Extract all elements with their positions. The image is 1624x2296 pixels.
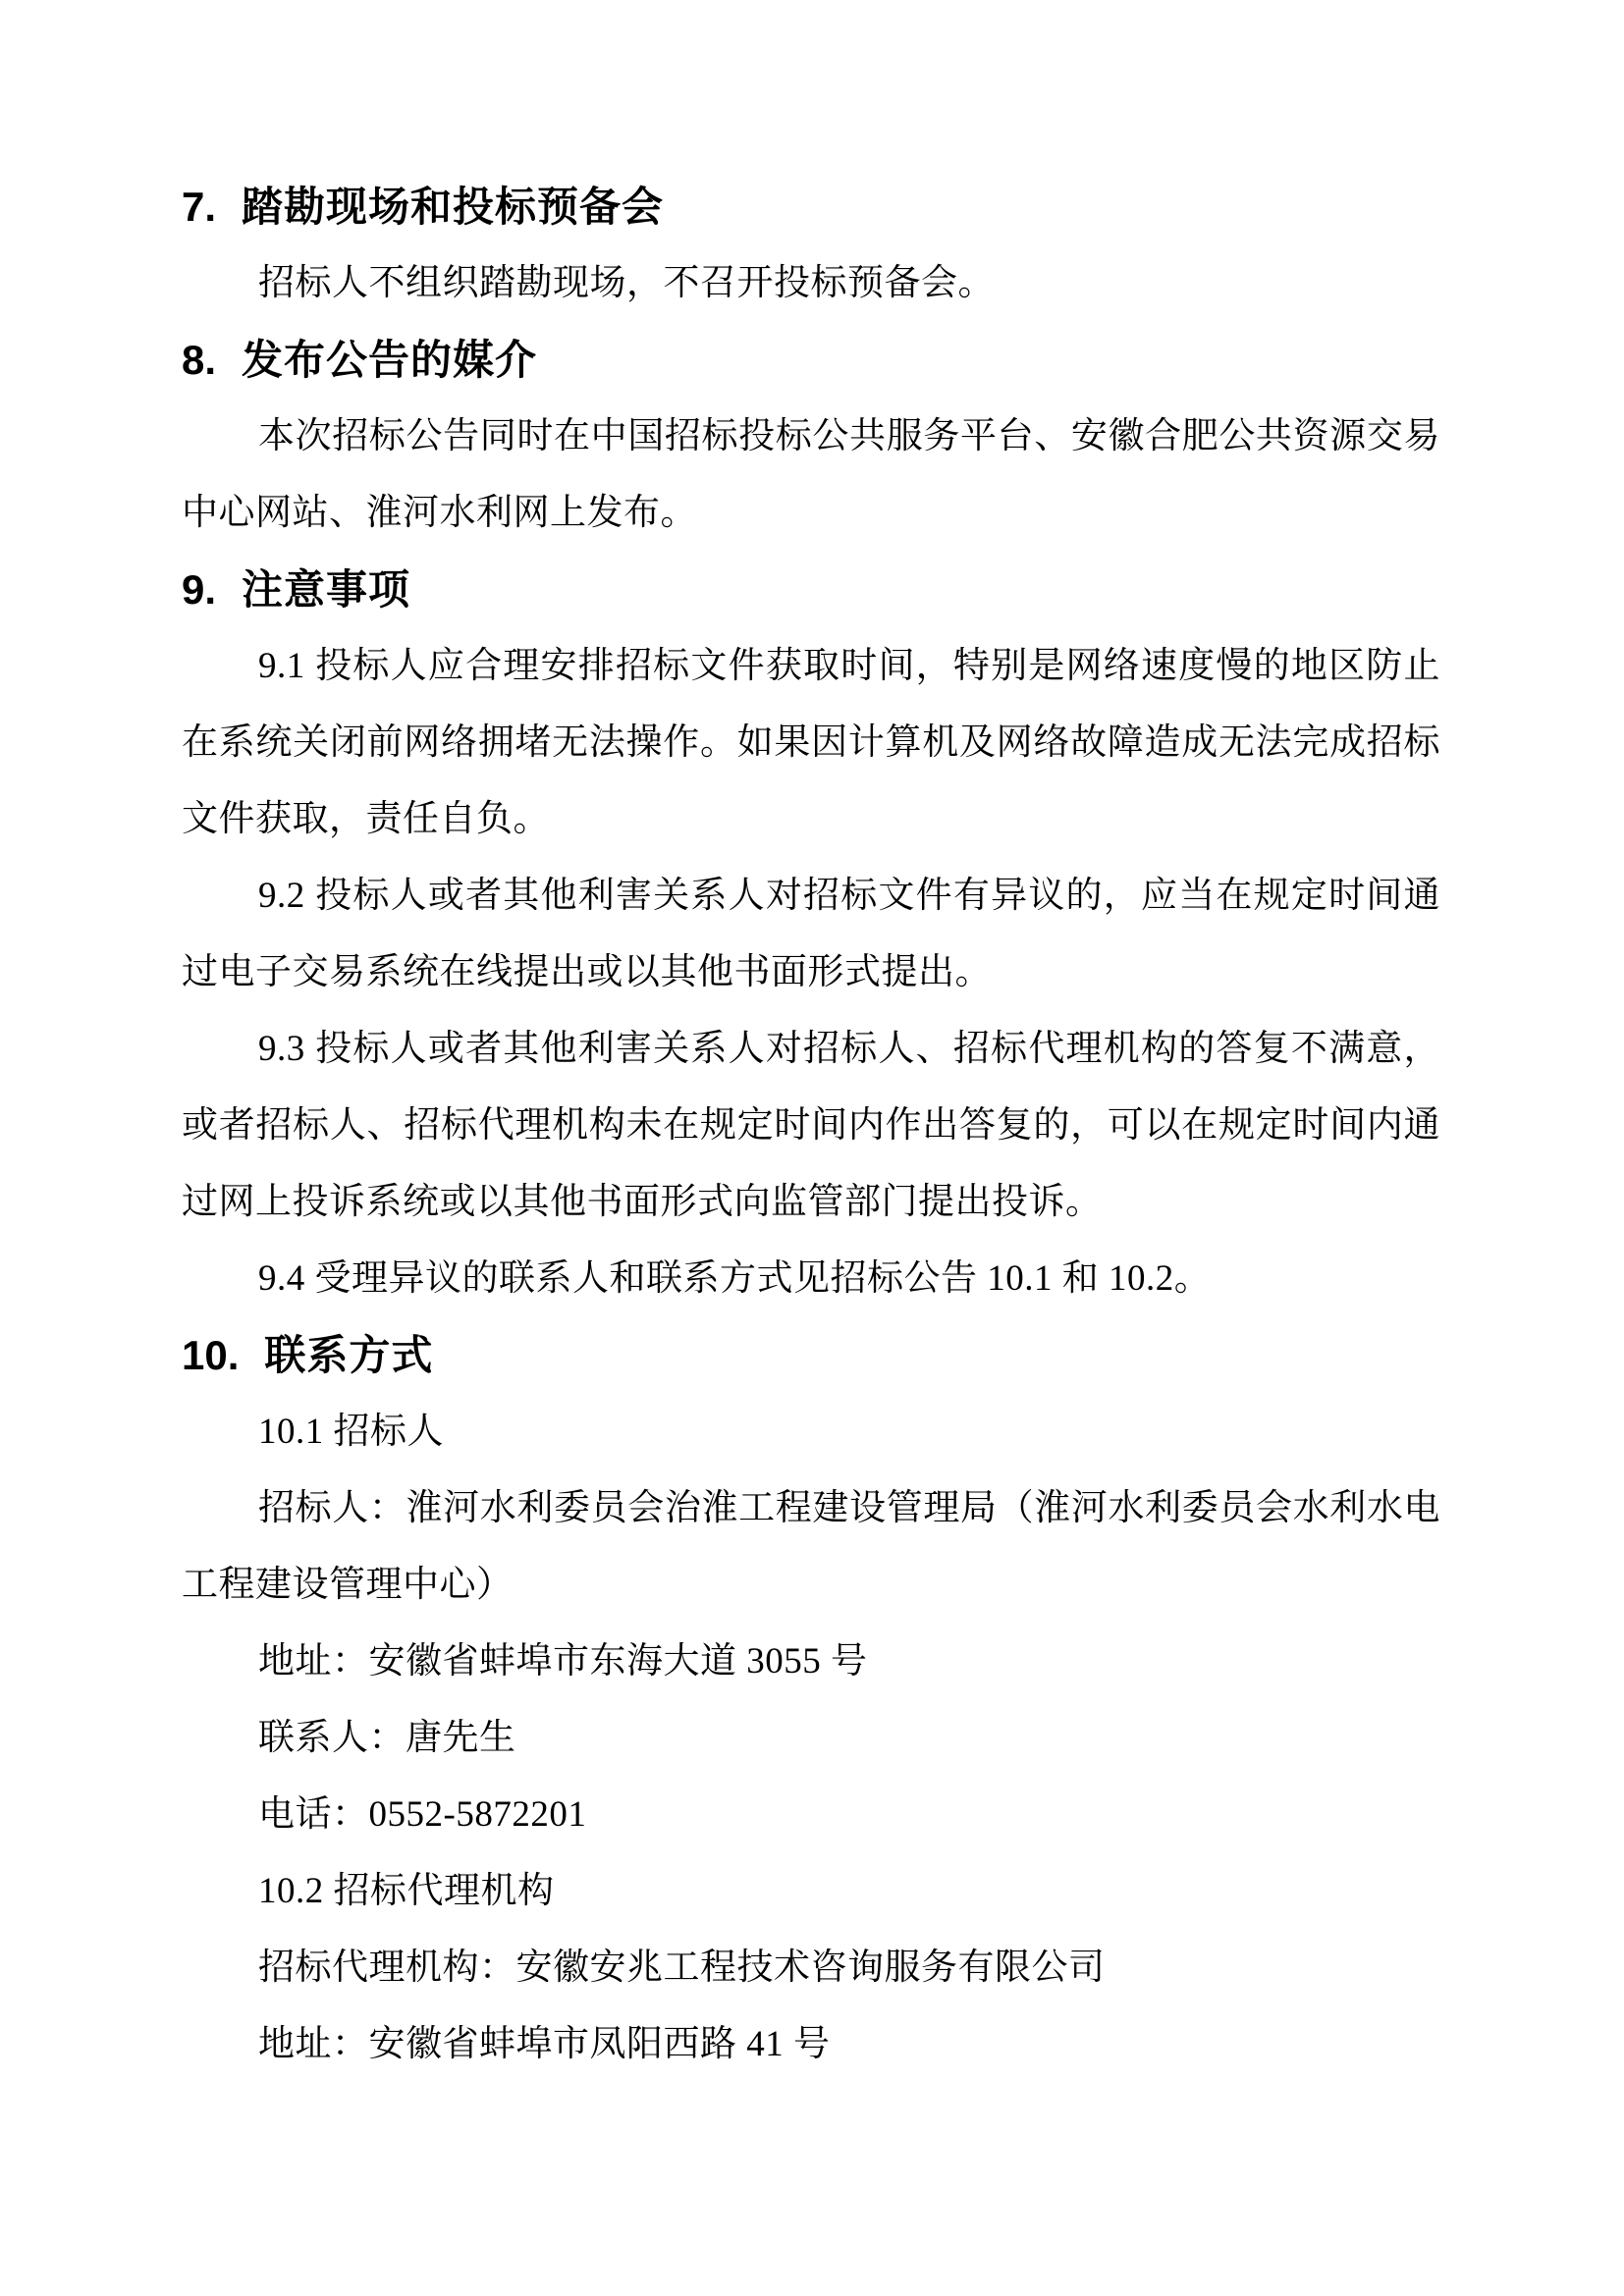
body-paragraph: 9.3 投标人或者其他利害关系人对招标人、招标代理机构的答复不满意，或者招标人、… — [182, 1011, 1440, 1241]
document-body: 7.踏勘现场和投标预备会招标人不组织踏勘现场，不召开投标预备会。8.发布公告的媒… — [182, 169, 1440, 2083]
body-paragraph: 9.2 投标人或者其他利害关系人对招标文件有异议的，应当在规定时间通过电子交易系… — [182, 858, 1440, 1011]
section-title: 踏勘现场和投标预备会 — [242, 169, 664, 245]
body-paragraph: 地址：安徽省蚌埠市凤阳西路 41 号 — [182, 2006, 1440, 2083]
body-paragraph: 招标人：淮河水利委员会治淮工程建设管理局（淮河水利委员会水利水电工程建设管理中心… — [182, 1470, 1440, 1624]
section-heading: 9.注意事项 — [182, 552, 1440, 628]
body-paragraph: 招标人不组织踏勘现场，不召开投标预备会。 — [182, 245, 1440, 322]
section-number: 10. — [182, 1317, 239, 1394]
body-paragraph: 本次招标公告同时在中国招标投标公共服务平台、安徽合肥公共资源交易中心网站、淮河水… — [182, 399, 1440, 552]
document-page: 7.踏勘现场和投标预备会招标人不组织踏勘现场，不召开投标预备会。8.发布公告的媒… — [0, 0, 1624, 2296]
section-heading: 7.踏勘现场和投标预备会 — [182, 169, 1440, 245]
section-title: 发布公告的媒介 — [242, 322, 537, 399]
section-number: 7. — [182, 169, 216, 245]
body-paragraph: 9.4 受理异议的联系人和联系方式见招标公告 10.1 和 10.2。 — [182, 1241, 1440, 1317]
section-number: 8. — [182, 322, 216, 399]
body-paragraph: 10.2 招标代理机构 — [182, 1853, 1440, 1930]
section-number: 9. — [182, 552, 216, 628]
body-paragraph: 9.1 投标人应合理安排招标文件获取时间，特别是网络速度慢的地区防止在系统关闭前… — [182, 628, 1440, 858]
body-paragraph: 电话：0552-5872201 — [182, 1777, 1440, 1853]
body-paragraph: 10.1 招标人 — [182, 1394, 1440, 1470]
section-title: 注意事项 — [242, 552, 410, 628]
body-paragraph: 联系人：唐先生 — [182, 1700, 1440, 1777]
section-title: 联系方式 — [264, 1317, 433, 1394]
body-paragraph: 招标代理机构：安徽安兆工程技术咨询服务有限公司 — [182, 1930, 1440, 2006]
section-heading: 10.联系方式 — [182, 1317, 1440, 1394]
section-heading: 8.发布公告的媒介 — [182, 322, 1440, 399]
body-paragraph: 地址：安徽省蚌埠市东海大道 3055 号 — [182, 1624, 1440, 1700]
